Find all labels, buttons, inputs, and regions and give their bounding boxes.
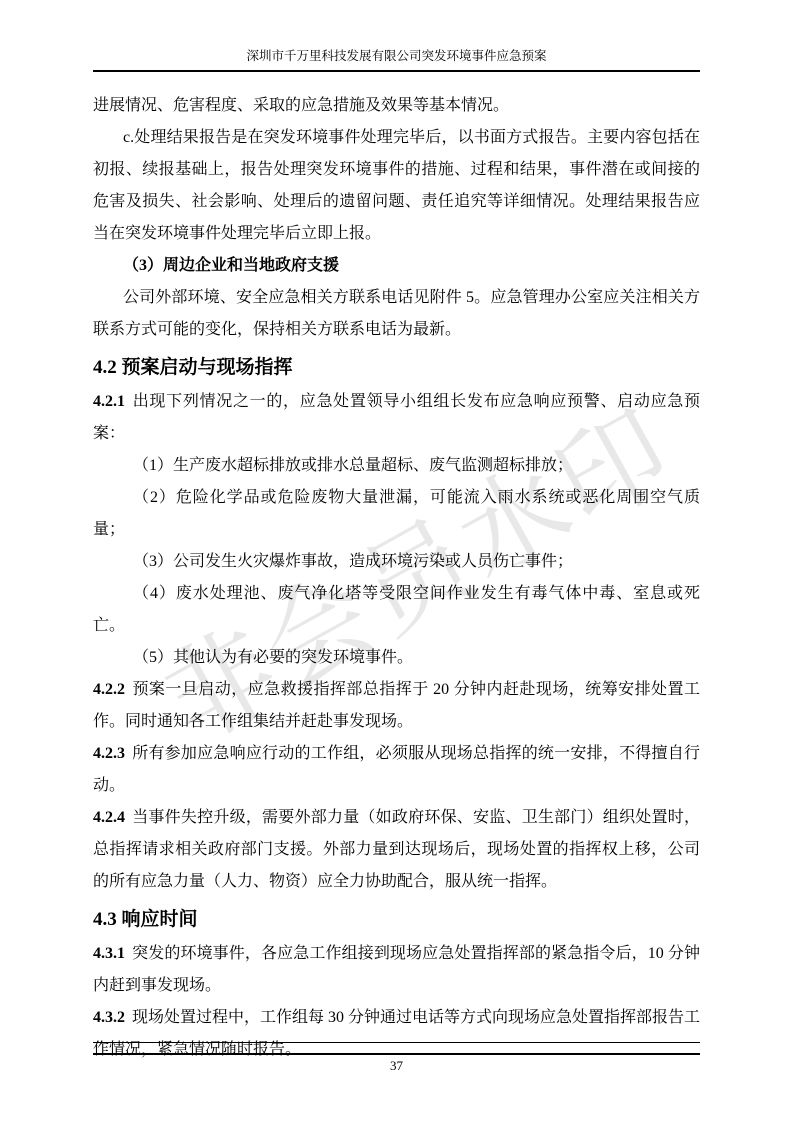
section-heading-4-3: 4.3 响应时间 (93, 908, 700, 932)
condition-item-2: （2）危险化学品或危险废物大量泄漏，可能流入雨水系统或恶化周围空气质量； (93, 482, 700, 546)
clause-number-4-3-1: 4.3.1 (93, 945, 132, 962)
paragraph-continuation: 进展情况、危害程度、采取的应急措施及效果等基本情况。 (93, 90, 700, 122)
clause-text-4-3-1: 突发的环境事件，各应急工作组接到现场应急处置指挥部的紧急指令后，10 分钟内赶到… (93, 945, 700, 994)
footer-rule-thin (93, 1042, 700, 1053)
document-content: 进展情况、危害程度、采取的应急措施及效果等基本情况。 c.处理结果报告是在突发环… (93, 90, 700, 1066)
page-footer: 37 (93, 1042, 700, 1074)
document-page: 非会员水印 深圳市千万里科技发展有限公司突发环境事件应急预案 进展情况、危害程度… (0, 0, 793, 1122)
paragraph-4-3-1: 4.3.1突发的环境事件，各应急工作组接到现场应急处置指挥部的紧急指令后，10 … (93, 938, 700, 1002)
clause-number-4-2-1: 4.2.1 (93, 393, 132, 410)
clause-text-4-2-2: 预案一旦启动，应急救援指挥部总指挥于 20 分钟内赶赴现场，统筹安排处置工作。同… (93, 681, 700, 730)
condition-item-3: （3）公司发生火灾爆炸事故，造成环境污染或人员伤亡事件； (93, 546, 700, 578)
paragraph-4-2-1: 4.2.1出现下列情况之一的，应急处置领导小组组长发布应急响应预警、启动应急预案… (93, 386, 700, 450)
paragraph-external-contacts: 公司外部环境、安全应急相关方联系电话见附件 5。应急管理办公室应关注相关方联系方… (93, 282, 700, 346)
sub-heading-support: （3）周边企业和当地政府支援 (93, 250, 700, 282)
header-title: 深圳市千万里科技发展有限公司突发环境事件应急预案 (246, 49, 546, 63)
paragraph-4-2-3: 4.2.3所有参加应急响应行动的工作组，必须服从现场总指挥的统一安排，不得擅自行… (93, 738, 700, 802)
clause-text-4-2-4: 当事件失控升级，需要外部力量（如政府环保、安监、卫生部门）组织处置时，总指挥请求… (93, 809, 700, 890)
paragraph-4-2-2: 4.2.2预案一旦启动，应急救援指挥部总指挥于 20 分钟内赶赴现场，统筹安排处… (93, 674, 700, 738)
clause-text-4-2-3: 所有参加应急响应行动的工作组，必须服从现场总指挥的统一安排，不得擅自行动。 (93, 745, 700, 794)
clause-text-4-2-1: 出现下列情况之一的，应急处置领导小组组长发布应急响应预警、启动应急预案： (93, 393, 700, 442)
clause-number-4-2-2: 4.2.2 (93, 681, 132, 698)
clause-number-4-2-4: 4.2.4 (93, 809, 132, 826)
condition-item-1: （1）生产废水超标排放或排水总量超标、废气监测超标排放； (93, 450, 700, 482)
page-number: 37 (93, 1055, 700, 1074)
clause-number-4-2-3: 4.2.3 (93, 745, 132, 762)
condition-item-5: （5）其他认为有必要的突发环境事件。 (93, 642, 700, 674)
paragraph-result-report: c.处理结果报告是在突发环境事件处理完毕后，以书面方式报告。主要内容包括在初报、… (93, 122, 700, 250)
page-header: 深圳市千万里科技发展有限公司突发环境事件应急预案 (93, 48, 700, 72)
section-heading-4-2: 4.2 预案启动与现场指挥 (93, 356, 700, 380)
condition-item-4: （4）废水处理池、废气净化塔等受限空间作业发生有毒气体中毒、室息或死亡。 (93, 578, 700, 642)
paragraph-4-2-4: 4.2.4当事件失控升级，需要外部力量（如政府环保、安监、卫生部门）组织处置时，… (93, 802, 700, 898)
clause-number-4-3-2: 4.3.2 (93, 1009, 132, 1026)
